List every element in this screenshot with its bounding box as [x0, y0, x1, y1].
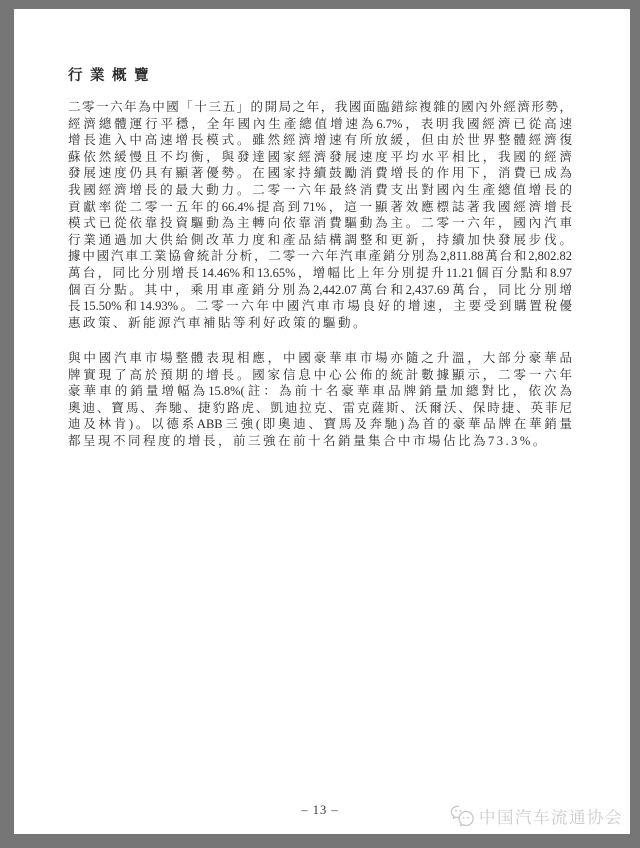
- watermark: 中国汽车流通协会: [449, 804, 623, 828]
- text-line: 發展速度仍具有顯著優勢。在國家持續鼓勵消費增長的作用下，消費已成為: [68, 165, 572, 182]
- text-line: 都呈現不同程度的增長，前三強在前十名銷量集合中市場佔比為73.3%。: [68, 433, 572, 450]
- text-line: 蘇依然緩慢且不均衡，與發達國家經濟發展速度平均水平相比，我國的經濟: [68, 149, 572, 166]
- text-line: 長15.50%和14.93%。二零一六年中國汽車市場良好的增速，主要受到購置稅優: [68, 298, 572, 315]
- text-line: 豪華車的銷量增幅為15.8%(註：為前十名豪華車品牌銷量加總對比，依次為: [68, 383, 572, 400]
- section-heading: 行業概覽: [68, 64, 156, 85]
- text-line: 據中國汽車工業協會統計分析，二零一六年汽車產銷分別為2,811.88萬台和2,8…: [68, 248, 572, 265]
- document-page: 行業概覽 二零一六年為中國「十三五」的開局之年，我國面臨錯綜複雜的國內外經濟形勢…: [14, 9, 630, 834]
- text-line: 迪及林肯)。以德系ABB三強(即奧迪、寶馬及奔馳)為首的豪華品牌在華銷量: [68, 416, 572, 433]
- text-line: 與中國汽車市場整體表現相應，中國豪華車市場亦隨之升溫，大部分豪華品: [68, 350, 572, 367]
- wechat-logo-icon: [449, 804, 475, 828]
- text-line: 貢獻率從二零一五年的66.4%提高到71%，這一顯著效應標誌著我國經濟增長: [68, 199, 572, 216]
- text-line: 模式已從依靠投資驅動為主轉向依靠消費驅動為主。二零一六年，國內汽車: [68, 215, 572, 232]
- text-line: 牌實現了高於預期的增長。國家信息中心公佈的統計數據顯示，二零一六年: [68, 367, 572, 384]
- text-line: 我國經濟增長的最大動力。二零一六年最終消費支出對國內生產總值增長的: [68, 182, 572, 199]
- watermark-text: 中国汽车流通协会: [479, 804, 623, 828]
- text-line: 個百分點。其中，乘用車產銷分別為2,442.07萬台和2,437.69萬台，同比…: [68, 282, 572, 299]
- screenshot-frame: 行業概覽 二零一六年為中國「十三五」的開局之年，我國面臨錯綜複雜的國內外經濟形勢…: [0, 0, 640, 848]
- text-line: 萬台，同比分別增長14.46%和13.65%，增幅比上年分別提升11.21個百分…: [68, 265, 572, 282]
- paragraph-economy-overview: 二零一六年為中國「十三五」的開局之年，我國面臨錯綜複雜的國內外經濟形勢， 經濟總…: [68, 99, 572, 331]
- text-line: 惠政策、新能源汽車補貼等利好政策的驅動。: [68, 315, 572, 332]
- text-line: 二零一六年為中國「十三五」的開局之年，我國面臨錯綜複雜的國內外經濟形勢，: [68, 99, 572, 116]
- text-line: 行業通過加大供給側改革力度和產品結構調整和更新，持續加快發展步伐。: [68, 232, 572, 249]
- text-line: 奧迪、寶馬、奔馳、捷豹路虎、凱迪拉克、雷克薩斯、沃爾沃、保時捷、英菲尼: [68, 400, 572, 417]
- paragraph-luxury-market: 與中國汽車市場整體表現相應，中國豪華車市場亦隨之升溫，大部分豪華品 牌實現了高於…: [68, 350, 572, 450]
- text-line: 經濟總體運行平穩，全年國內生產總值增速為6.7%，表明我國經濟已從高速: [68, 116, 572, 133]
- text-line: 增長進入中高速增長模式。雖然經濟增速有所放緩，但由於世界整體經濟復: [68, 132, 572, 149]
